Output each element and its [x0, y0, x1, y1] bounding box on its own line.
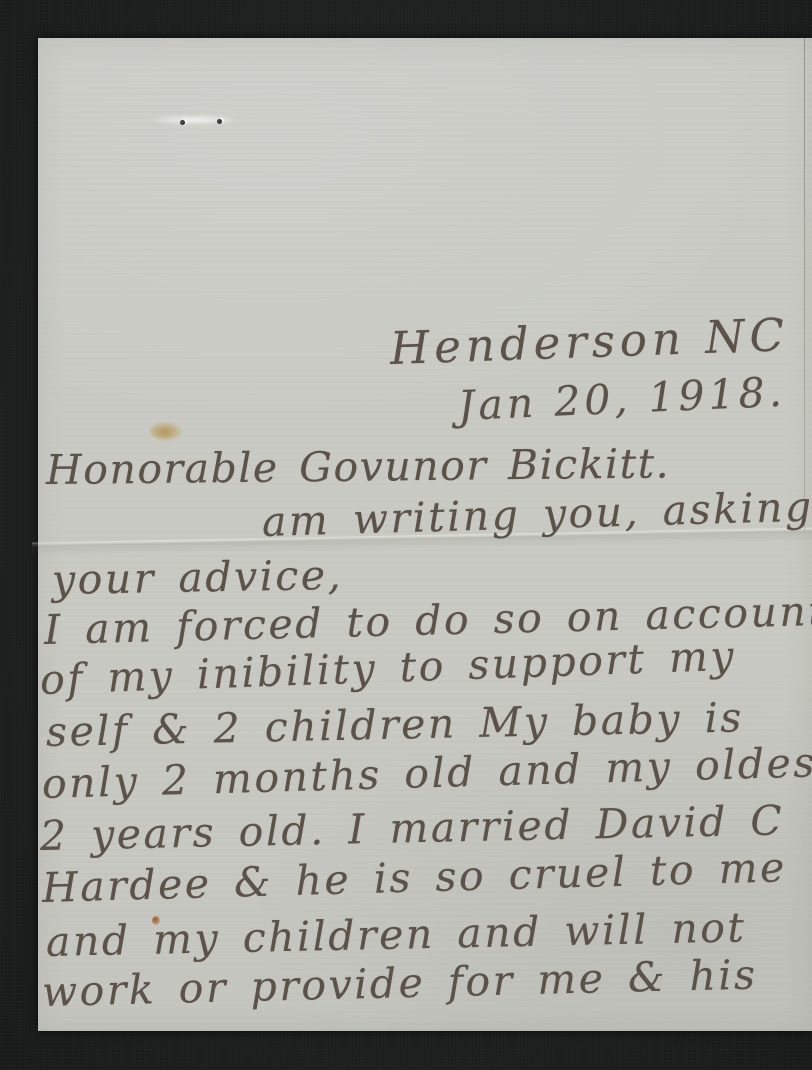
place-line: Henderson NC: [389, 312, 789, 371]
photograph-background: Henderson NC Jan 20, 1918. Honorable Gov…: [0, 0, 812, 1070]
paper-stain: [150, 422, 182, 440]
date-line: Jan 20, 1918.: [457, 372, 786, 427]
page-edge-line: [804, 38, 805, 530]
pinhole-right: [217, 119, 222, 124]
letter-page: Henderson NC Jan 20, 1918. Honorable Gov…: [38, 38, 812, 1031]
salutation-line: Honorable Govunor Bickitt.: [46, 443, 671, 491]
pinhole-left: [180, 120, 185, 125]
pinhole-crease: [146, 114, 242, 126]
body-line-2: your advice,: [52, 555, 344, 601]
